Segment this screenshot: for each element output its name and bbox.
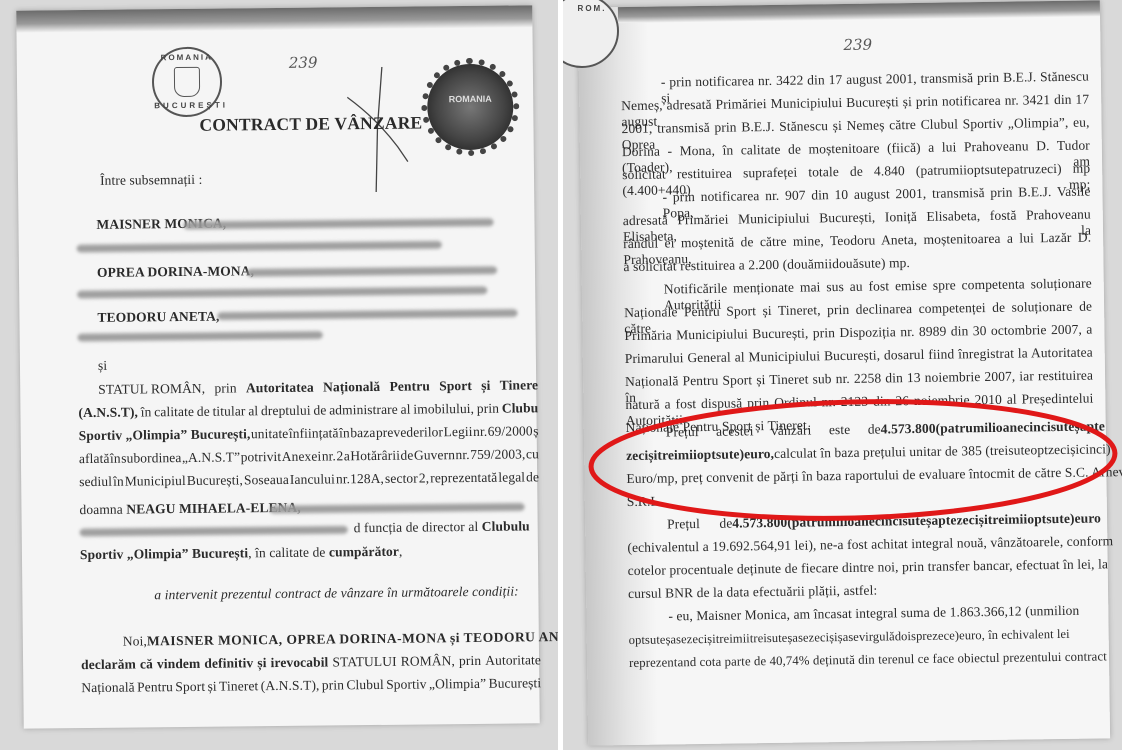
redacted-block: [217, 308, 517, 320]
buyer-closing: Sportiv „Olimpia” București, în calitate…: [80, 544, 403, 563]
notification-paragraphs: - prin notificarea nr. 3422 din 17 augus…: [621, 69, 1094, 443]
payment-line-1: Prețul de 4.573.800 (patrumilioanecincis…: [627, 511, 1095, 534]
payment-line-3: cotelor procentuale deținute de fiecare …: [628, 556, 1108, 579]
handwritten-page-number: 239: [289, 54, 318, 72]
declaration-line-1: Noi, MAISNER MONICA, OPREA DORINA-MONA ș…: [123, 629, 541, 649]
redacted-block: [183, 218, 493, 230]
function-line: d funcția de director al Clubulu: [354, 518, 530, 536]
payment-line-4: cursul BNR de la data efectuării plății,…: [628, 583, 877, 602]
buyer-line: sediulînMunicipiulBucurești,SoseauaIancu…: [79, 469, 539, 497]
party-3-name: TEODORU ANETA,: [97, 309, 219, 326]
embossed-seal: ROMANIA: [427, 64, 514, 151]
left-document-page: ROMANIA BUCUREȘTI 239 ROMANIA CONTRACT D…: [0, 0, 558, 750]
redacted-block: [247, 266, 497, 278]
payment-line-6: optsuteșasezecișitreimiitreisuteșasezeci…: [629, 626, 1070, 648]
redacted-block: [80, 525, 348, 537]
party-2-name: OPREA DORINA-MONA,: [97, 263, 254, 281]
redacted-block: [77, 286, 487, 299]
redacted-block: [269, 502, 524, 514]
payment-line-5: - eu, Maisner Monica, am încasat integra…: [668, 603, 1079, 625]
right-sheet: 239 - prin notificarea nr. 3422 din 17 a…: [578, 0, 1110, 745]
redacted-block: [78, 331, 323, 343]
price-line-4: S.R.L.: [627, 494, 663, 510]
redacted-block: [77, 240, 442, 253]
buyer-paragraph: STATUL ROMÂN,prinAutoritateaNaționalăPen…: [78, 377, 539, 497]
declaration-line-2: declarămcăvindemdefinitivșiirevocabilSTA…: [81, 652, 541, 673]
scan-shadow: [16, 5, 532, 32]
sale-price: 4.573.800: [881, 421, 936, 438]
price-line-3: Euro/mp, preț convenit de părți în baza …: [626, 464, 1122, 487]
contract-title: CONTRACT DE VÂNZARE: [199, 114, 422, 132]
payment-line-2: (echivalentul a 19.692.564,91 lei), ne-a…: [627, 533, 1113, 556]
left-sheet: ROMANIA BUCUREȘTI 239 ROMANIA CONTRACT D…: [16, 5, 539, 728]
intro-text: Între subsemnații :: [100, 172, 203, 189]
declaration-line-3: NaționalăPentruSportșiTineret(A.N.S.T),p…: [81, 675, 541, 696]
payment-amount: 4.573.800: [732, 515, 787, 532]
price-line-2: zecișitreimiioptsute)euro, calculat în b…: [626, 442, 1094, 465]
handwritten-page-number: 239: [843, 36, 872, 54]
representative-line: doamna NEAGU MIHAELA-ELENA,: [79, 500, 300, 518]
right-document-page: 239 - prin notificarea nr. 3422 din 17 a…: [563, 0, 1122, 750]
notary-stamp: ROMANIA BUCUREȘTI: [152, 47, 223, 118]
coat-of-arms-icon: [174, 67, 200, 97]
intervention-clause: a intervenit prezentul contract de vânza…: [154, 583, 519, 603]
scan-shadow: [618, 0, 1100, 23]
conjunction: și: [98, 358, 107, 374]
payment-line-7: reprezentand cota parte de 40,74% deținu…: [629, 648, 1107, 671]
